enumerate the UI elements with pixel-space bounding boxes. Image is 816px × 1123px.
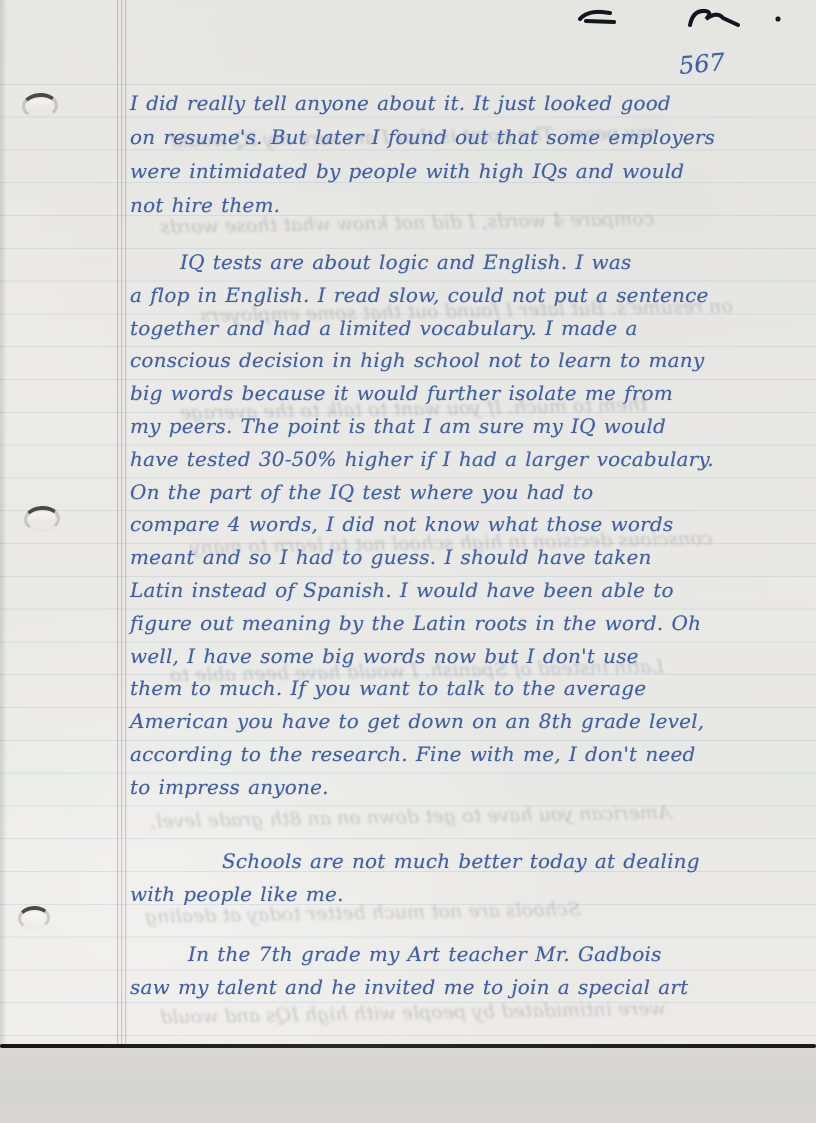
paragraph: Schools are not much better today at dea… [130, 845, 700, 911]
handwritten-line: them to much. If you want to talk to the… [130, 672, 714, 705]
handwritten-line: a flop in English. I read slow, could no… [130, 279, 714, 312]
handwritten-line: Latin instead of Spanish. I would have b… [130, 574, 714, 607]
handwritten-line: were intimidated by people with high IQs… [130, 154, 715, 188]
handwritten-line: well, I have some big words now but I do… [130, 640, 714, 673]
paragraph: IQ tests are about logic and English. I … [130, 246, 714, 804]
margin-line [117, 0, 129, 1046]
handwritten-line: to impress anyone. [130, 771, 714, 804]
handwritten-line: I did really tell anyone about it. It ju… [130, 86, 715, 120]
handwritten-line: saw my talent and he invited me to join … [130, 971, 688, 1004]
ink-smudge [572, 3, 792, 33]
paper-sheet: 567 my peers. The point is that I am sur… [0, 0, 816, 1046]
handwritten-line: compare 4 words, I did not know what tho… [130, 508, 714, 541]
paragraph: In the 7th grade my Art teacher Mr. Gadb… [130, 938, 688, 1004]
handwritten-line: On the part of the IQ test where you had… [130, 476, 714, 509]
handwritten-line: not hire them. [130, 188, 715, 222]
scan-edge-shadow [0, 0, 7, 1046]
handwritten-line: with people like me. [130, 878, 700, 911]
handwritten-line: according to the research. Fine with me,… [130, 738, 714, 771]
handwritten-line: Schools are not much better today at dea… [130, 845, 700, 878]
paragraph: I did really tell anyone about it. It ju… [130, 86, 715, 222]
handwritten-line: figure out meaning by the Latin roots in… [130, 607, 714, 640]
scanner-background [0, 1048, 816, 1123]
handwritten-line: have tested 30-50% higher if I had a lar… [130, 443, 714, 476]
handwritten-line: my peers. The point is that I am sure my… [130, 410, 714, 443]
page-number: 567 [678, 48, 726, 80]
scanned-page: 567 my peers. The point is that I am sur… [0, 0, 816, 1123]
handwritten-line: conscious decision in high school not to… [130, 344, 714, 377]
handwritten-line: big words because it would further isola… [130, 377, 714, 410]
handwritten-line: In the 7th grade my Art teacher Mr. Gadb… [130, 938, 688, 971]
handwritten-line: meant and so I had to guess. I should ha… [130, 541, 714, 574]
handwritten-line: together and had a limited vocabulary. I… [130, 312, 714, 345]
handwritten-line: IQ tests are about logic and English. I … [130, 246, 714, 279]
handwritten-line: on resume's. But later I found out that … [130, 120, 715, 154]
handwritten-line: American you have to get down on an 8th … [130, 705, 714, 738]
